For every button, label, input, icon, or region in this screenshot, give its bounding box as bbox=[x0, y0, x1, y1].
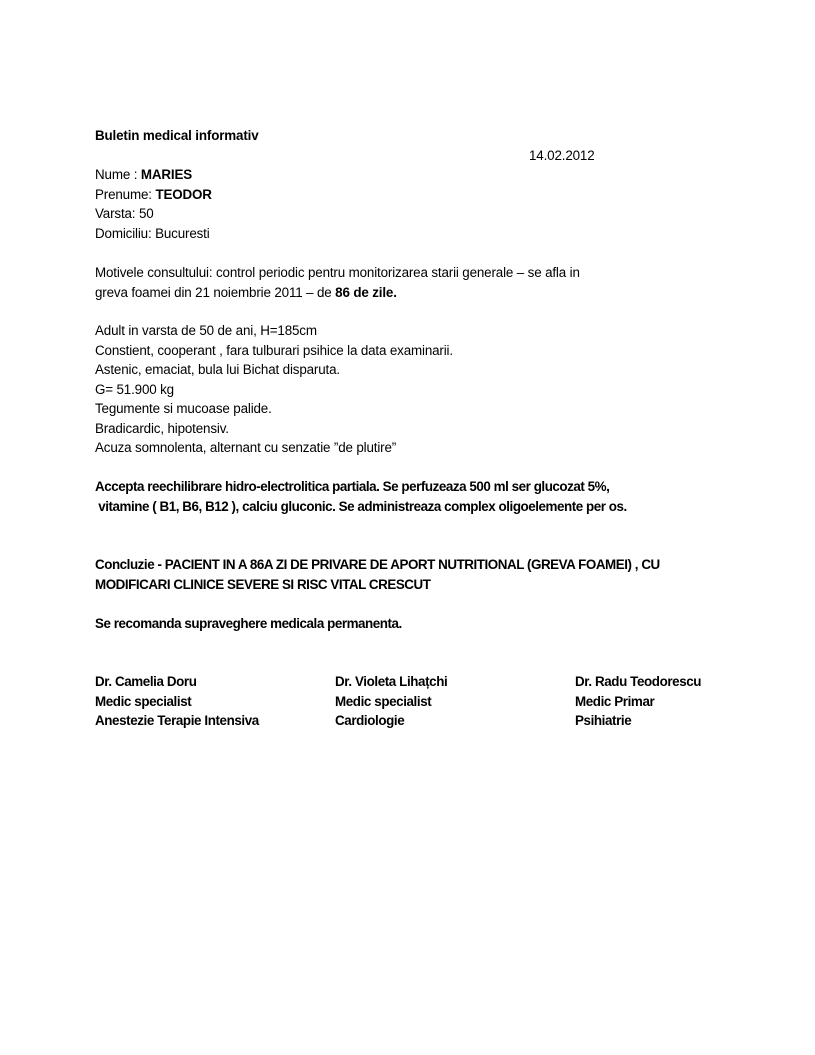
prenume-value: TEODOR bbox=[155, 187, 211, 202]
document-date: 14.02.2012 bbox=[529, 146, 595, 166]
prenume-label: Prenume: bbox=[95, 187, 155, 202]
nume-value: MARIES bbox=[141, 167, 192, 182]
document-title: Buletin medical informativ bbox=[95, 126, 259, 146]
signatory-name: Dr. Radu Teodorescu bbox=[575, 672, 701, 692]
patient-domiciliu: Domiciliu: Bucuresti bbox=[95, 224, 210, 244]
signatory-title: Medic specialist bbox=[95, 692, 191, 712]
exam-line: Adult in varsta de 50 de ani, H=185cm bbox=[95, 321, 317, 341]
signatory-title: Medic specialist bbox=[335, 692, 431, 712]
patient-nume: Nume : MARIES bbox=[95, 165, 192, 185]
exam-line: Astenic, emaciat, bula lui Bichat dispar… bbox=[95, 360, 340, 380]
exam-line: Bradicardic, hipotensiv. bbox=[95, 419, 229, 439]
signatory-name: Dr. Camelia Doru bbox=[95, 672, 197, 692]
signatory-specialty: Psihiatrie bbox=[575, 711, 631, 731]
conclusion-line: MODIFICARI CLINICE SEVERE SI RISC VITAL … bbox=[95, 575, 430, 595]
exam-line: G= 51.900 kg bbox=[95, 380, 174, 400]
conclusion-line: Concluzie - PACIENT IN A 86A ZI DE PRIVA… bbox=[95, 555, 660, 575]
exam-line: Constient, cooperant , fara tulburari ps… bbox=[95, 341, 453, 361]
signatory-specialty: Cardiologie bbox=[335, 711, 404, 731]
signatory-specialty: Anestezie Terapie Intensiva bbox=[95, 711, 259, 731]
nume-label: Nume : bbox=[95, 167, 141, 182]
motive-line-2: greva foamei din 21 noiembrie 2011 – de … bbox=[95, 283, 397, 303]
exam-line: Acuza somnolenta, alternant cu senzatie … bbox=[95, 438, 396, 458]
document-page: Buletin medical informativ 14.02.2012 Nu… bbox=[0, 0, 815, 1055]
treatment-line: vitamine ( B1, B6, B12 ), calciu gluconi… bbox=[95, 497, 627, 517]
days-count: 86 de zile. bbox=[335, 285, 397, 300]
recommendation: Se recomanda supraveghere medicala perma… bbox=[95, 614, 402, 634]
patient-varsta: Varsta: 50 bbox=[95, 204, 154, 224]
signatory-title: Medic Primar bbox=[575, 692, 654, 712]
exam-line: Tegumente si mucoase palide. bbox=[95, 399, 272, 419]
treatment-line: Accepta reechilibrare hidro-electrolitic… bbox=[95, 477, 609, 497]
signatory-name: Dr. Violeta Lihațchi bbox=[335, 672, 447, 692]
motive-line-1: Motivele consultului: control periodic p… bbox=[95, 263, 580, 283]
patient-prenume: Prenume: TEODOR bbox=[95, 185, 212, 205]
motive-line-2-text: greva foamei din 21 noiembrie 2011 – de bbox=[95, 285, 335, 300]
